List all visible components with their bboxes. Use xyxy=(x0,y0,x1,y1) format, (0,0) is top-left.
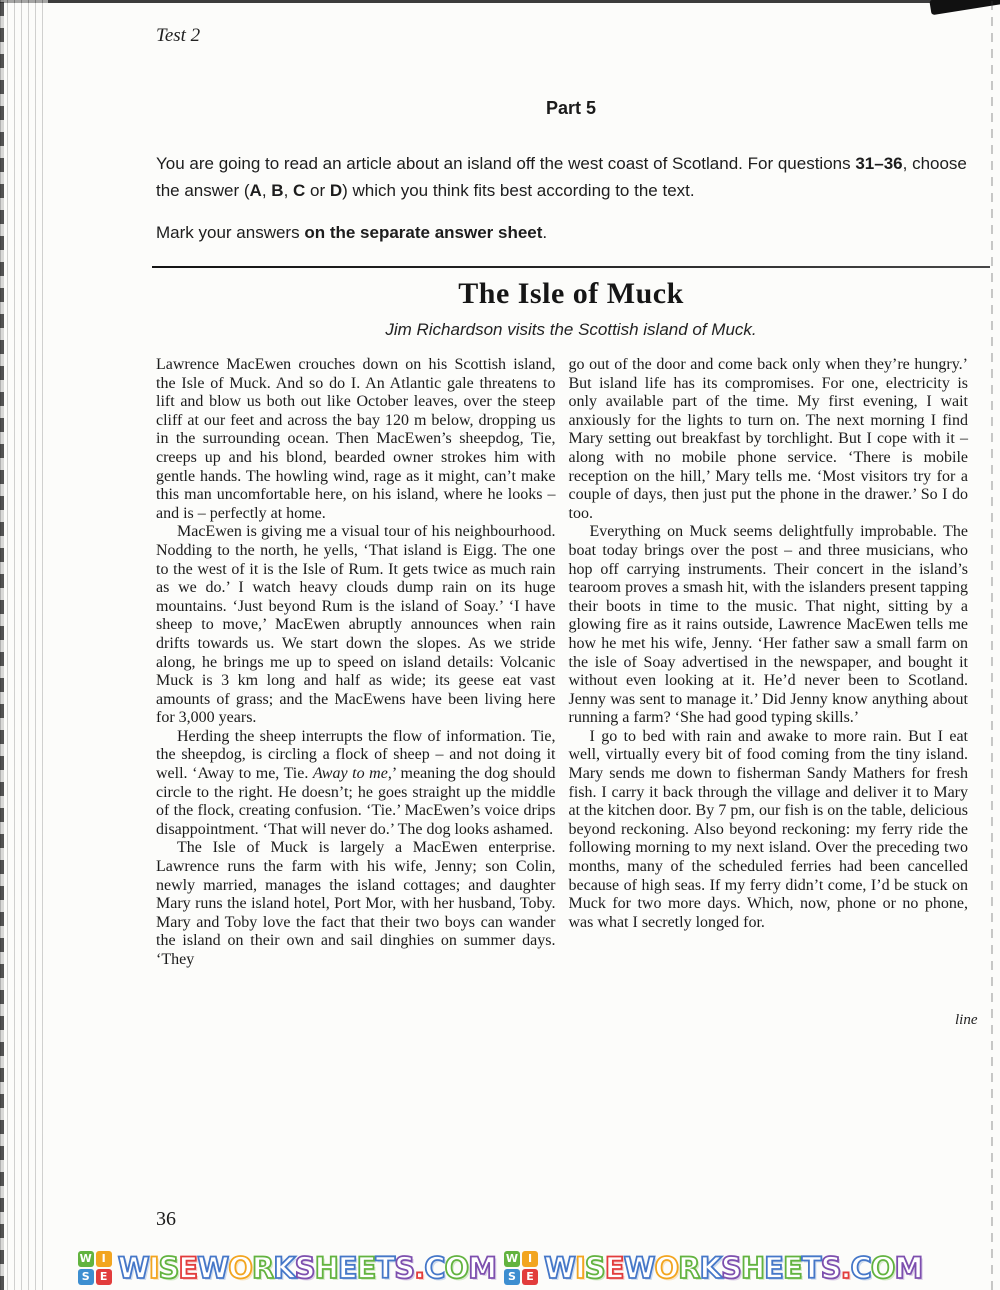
text-segment: , xyxy=(262,181,271,200)
watermark-letter: O xyxy=(655,1251,680,1285)
watermark-letter: E xyxy=(338,1251,358,1285)
logo-square: E xyxy=(96,1269,112,1285)
watermark-letter: S xyxy=(821,1251,842,1285)
logo-square: I xyxy=(96,1251,112,1267)
watermark-letter: M xyxy=(468,1251,497,1285)
text-segment: Mark your answers xyxy=(156,223,304,242)
text-segment: D xyxy=(330,181,342,200)
part-title: Part 5 xyxy=(152,98,990,119)
watermark-letter: C xyxy=(851,1251,872,1285)
watermark-letter: W xyxy=(197,1251,229,1285)
logo-square: E xyxy=(522,1269,538,1285)
text-segment: on the separate answer sheet xyxy=(304,223,542,242)
line-reference-marker: line xyxy=(955,1012,978,1029)
text-segment: Away to me xyxy=(313,765,388,782)
watermark-letter: E xyxy=(605,1251,625,1285)
watermark-letter: T xyxy=(802,1251,822,1285)
watermark-letter: S xyxy=(158,1251,179,1285)
watermark-letter: E xyxy=(764,1251,784,1285)
article-paragraph: Herding the sheep interrupts the flow of… xyxy=(156,728,556,840)
watermark-letter: C xyxy=(424,1251,445,1285)
article-body: Lawrence MacEwen crouches down on his Sc… xyxy=(156,356,968,970)
mark-answers-instruction: Mark your answers on the separate answer… xyxy=(156,223,994,243)
text-segment: or xyxy=(305,181,330,200)
watermark-letter: S xyxy=(394,1251,415,1285)
watermark-unit: WISEWISEWORKSHEETS.COM xyxy=(504,1251,922,1285)
text-segment: . xyxy=(542,223,547,242)
text-segment: ) which you think fits best according to… xyxy=(342,181,694,200)
text-segment: Lawrence MacEwen crouches down on his Sc… xyxy=(156,356,556,522)
logo-square: W xyxy=(78,1251,94,1267)
scan-top-edge-line xyxy=(0,0,1000,3)
text-segment: C xyxy=(293,181,305,200)
watermark-letter: R xyxy=(252,1251,274,1285)
wise-logo-icon: WISE xyxy=(504,1251,538,1285)
watermark-letter: E xyxy=(783,1251,803,1285)
text-segment: B xyxy=(271,181,283,200)
text-segment: , xyxy=(284,181,293,200)
article-paragraph: go out of the door and come back only wh… xyxy=(569,356,969,523)
text-segment: MacEwen is giving me a visual tour of hi… xyxy=(156,523,556,726)
watermark-letter: S xyxy=(585,1251,606,1285)
article-paragraph: MacEwen is giving me a visual tour of hi… xyxy=(156,523,556,728)
logo-square: I xyxy=(522,1251,538,1267)
test-label: Test 2 xyxy=(156,25,200,47)
article-paragraph: Everything on Muck seems delightfully im… xyxy=(569,523,969,728)
watermark-letter: R xyxy=(678,1251,700,1285)
instructions-paragraph: You are going to read an article about a… xyxy=(156,150,994,204)
wiseworksheets-watermark: WISEWISEWORKSHEETS.COMWISEWISEWORKSHEETS… xyxy=(0,1247,1000,1289)
watermark-letter: K xyxy=(273,1251,295,1285)
scan-left-edge-noise xyxy=(0,0,48,1290)
article-title: The Isle of Muck xyxy=(152,277,990,311)
watermark-letter: W xyxy=(544,1251,576,1285)
watermark-letter: E xyxy=(357,1251,377,1285)
scan-corner-mark xyxy=(929,0,1000,15)
watermark-text: WISEWORKSHEETS.COM xyxy=(118,1251,496,1285)
watermark-letter: M xyxy=(894,1251,923,1285)
article-left-column: Lawrence MacEwen crouches down on his Sc… xyxy=(156,356,556,970)
watermark-letter: S xyxy=(721,1251,742,1285)
watermark-letter: W xyxy=(624,1251,656,1285)
text-segment: I go to bed with rain and awake to more … xyxy=(569,728,969,931)
article-paragraph: The Isle of Muck is largely a MacEwen en… xyxy=(156,839,556,969)
watermark-letter: H xyxy=(741,1251,765,1285)
text-segment: The Isle of Muck is largely a MacEwen en… xyxy=(156,839,556,968)
text-segment: 31–36 xyxy=(855,154,902,173)
logo-square: W xyxy=(504,1251,520,1267)
scan-left-edge-dark-line xyxy=(0,0,4,1290)
scanned-test-page: Test 2 Part 5 You are going to read an a… xyxy=(0,0,1000,1290)
article-right-column: go out of the door and come back only wh… xyxy=(569,356,969,970)
article-paragraph: Lawrence MacEwen crouches down on his Sc… xyxy=(156,356,556,523)
watermark-letter: K xyxy=(700,1251,722,1285)
text-segment: Everything on Muck seems delightfully im… xyxy=(569,523,969,726)
watermark-letter: H xyxy=(315,1251,339,1285)
watermark-letter: O xyxy=(871,1251,896,1285)
logo-square: S xyxy=(504,1269,520,1285)
watermark-letter: O xyxy=(228,1251,253,1285)
text-segment: You are going to read an article about a… xyxy=(156,154,855,173)
text-segment: go out of the door and come back only wh… xyxy=(569,356,969,522)
watermark-text: WISEWORKSHEETS.COM xyxy=(544,1251,922,1285)
watermark-unit: WISEWISEWORKSHEETS.COM xyxy=(78,1251,496,1285)
logo-square: S xyxy=(78,1269,94,1285)
article-subtitle: Jim Richardson visits the Scottish islan… xyxy=(152,320,990,340)
page-number: 36 xyxy=(156,1208,176,1231)
watermark-letter: S xyxy=(295,1251,316,1285)
horizontal-rule xyxy=(152,266,990,268)
article-paragraph: I go to bed with rain and awake to more … xyxy=(569,728,969,933)
text-segment: A xyxy=(250,181,262,200)
watermark-letter: O xyxy=(444,1251,469,1285)
watermark-letter: T xyxy=(375,1251,395,1285)
watermark-letter: W xyxy=(118,1251,150,1285)
wise-logo-icon: WISE xyxy=(78,1251,112,1285)
watermark-letter: E xyxy=(178,1251,198,1285)
